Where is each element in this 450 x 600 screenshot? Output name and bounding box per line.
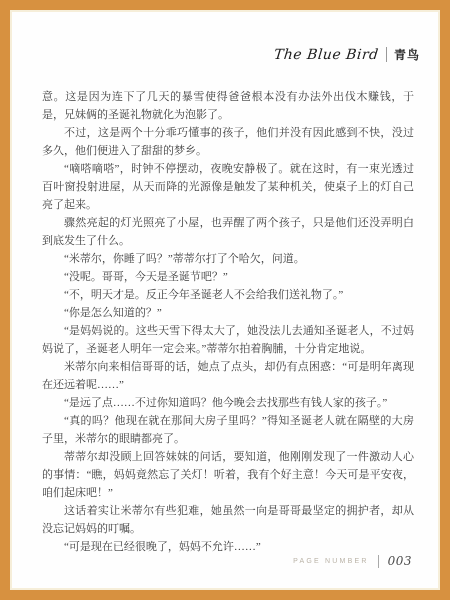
paragraph: “你是怎么知道的？” (42, 304, 414, 322)
page-body-text: 意。这是因为连下了几天的暴雪使得爸爸根本没有办法外出伐木赚钱，于是，兄妹俩的圣诞… (42, 88, 414, 556)
paragraph: “米蒂尔，你睡了吗？”蒂蒂尔打了个哈欠，问道。 (42, 250, 414, 268)
paragraph: “是妈妈说的。这些天雪下得太大了，她没法儿去通知圣诞老人，不过妈妈说了，圣诞老人… (42, 322, 414, 358)
paragraph: “真的吗？他现在就在那间大房子里吗？”得知圣诞老人就在隔壁的大房子里，米蒂尔的眼… (42, 412, 414, 448)
paragraph: 蒂蒂尔却没顾上回答妹妹的问话，要知道，他刚刚发现了一件激动人心的事情：“瞧，妈妈… (42, 448, 414, 502)
page-footer: PAGE NUMBER 003 (293, 554, 412, 568)
paragraph: 骤然亮起的灯光照亮了小屋，也弄醒了两个孩子，只是他们还没弄明白到底发生了什么。 (42, 214, 414, 250)
page-inner-frame: The Blue Bird 青鸟 意。这是因为连下了几天的暴雪使得爸爸根本没有办… (10, 10, 440, 590)
footer-divider (378, 555, 379, 568)
paragraph: 意。这是因为连下了几天的暴雪使得爸爸根本没有办法外出伐木赚钱，于是，兄妹俩的圣诞… (42, 88, 414, 124)
paragraph: 不过，这是两个十分乖巧懂事的孩子，他们并没有因此感到不快，没过多久，他们便进入了… (42, 124, 414, 160)
page-number-label: PAGE NUMBER (293, 558, 368, 565)
paragraph: 米蒂尔向来相信哥哥的话，她点了点头，却仍有点困惑：“可是明年离现在还远着呢……” (42, 358, 414, 394)
header-divider (386, 47, 387, 62)
page-number-value: 003 (388, 554, 412, 568)
book-title-english: The Blue Bird (274, 47, 380, 63)
paragraph: “嘀嗒嘀嗒”，时钟不停摆动，夜晚安静极了。就在这时，有一束光透过百叶窗投射进屋，… (42, 160, 414, 214)
book-page: The Blue Bird 青鸟 意。这是因为连下了几天的暴雪使得爸爸根本没有办… (0, 0, 450, 600)
paragraph: 这话着实让米蒂尔有些犯难，她虽然一向是哥哥最坚定的拥护者，却从没忘记妈妈的叮嘱。 (42, 502, 414, 538)
paragraph: “没呢。哥哥，今天是圣诞节吧？” (42, 268, 414, 286)
page-header: The Blue Bird 青鸟 (274, 46, 420, 63)
paragraph: “是远了点……不过你知道吗？他今晚会去找那些有钱人家的孩子。” (42, 394, 414, 412)
book-title-chinese: 青鸟 (394, 46, 420, 63)
paragraph: “不，明天才是。反正今年圣诞老人不会给我们送礼物了。” (42, 286, 414, 304)
